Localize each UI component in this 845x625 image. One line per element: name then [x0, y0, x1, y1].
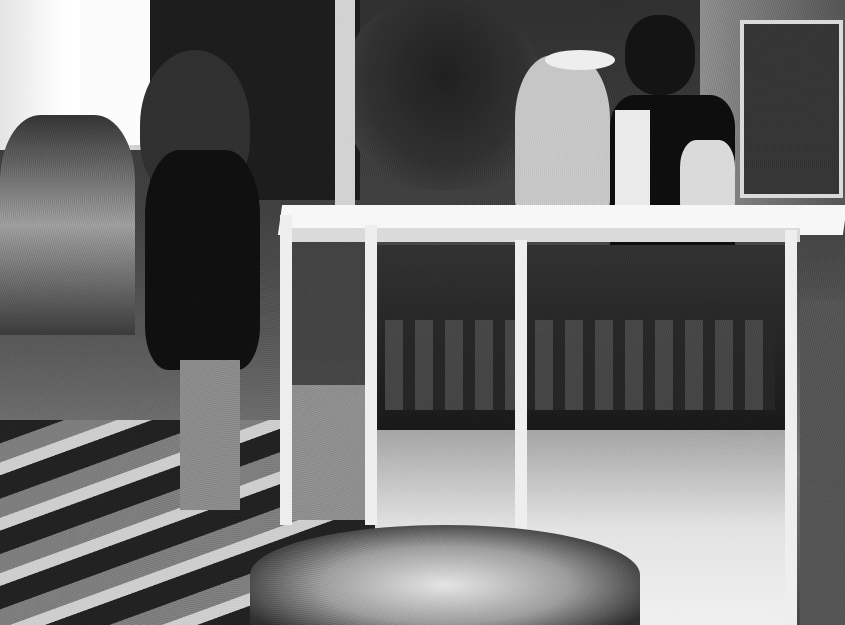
photograph [0, 0, 845, 625]
film-grain [0, 0, 845, 625]
